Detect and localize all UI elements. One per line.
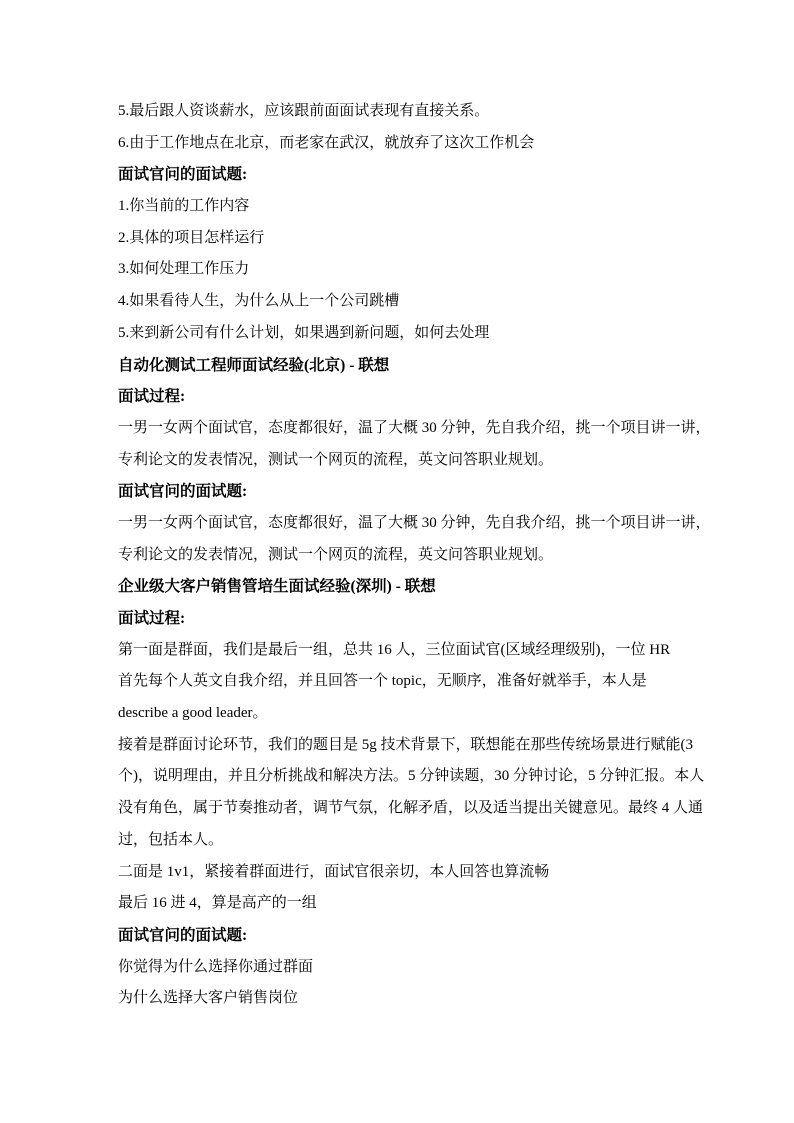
section-heading: 面试过程:	[118, 603, 680, 635]
text-line: 最后 16 进 4，算是高产的一组	[118, 888, 680, 920]
text-line: 5.来到新公司有什么计划，如果遇到新问题，如何去处理	[118, 318, 680, 350]
section-heading: 面试过程:	[118, 381, 680, 413]
section-heading: 自动化测试工程师面试经验(北京) - 联想	[118, 350, 680, 382]
text-line: 6.由于工作地点在北京，而老家在武汉，就放弃了这次工作机会	[118, 128, 680, 160]
text-line: 首先每个人英文自我介绍，并且回答一个 topic，无顺序，准备好就举手，本人是	[118, 666, 680, 698]
text-line: 3.如何处理工作压力	[118, 254, 680, 286]
text-line: 2.具体的项目怎样运行	[118, 223, 680, 255]
text-line: 为什么选择大客户销售岗位	[118, 983, 680, 1015]
text-line: 个)，说明理由，并且分析挑战和解决方法。5 分钟读题，30 分钟讨论，5 分钟汇…	[118, 761, 680, 793]
text-line: 第一面是群面，我们是最后一组，总共 16 人，三位面试官(区域经理级别)，一位 …	[118, 635, 680, 667]
section-heading: 面试官问的面试题:	[118, 159, 680, 191]
text-line: 二面是 1v1，紧接着群面进行，面试官很亲切，本人回答也算流畅	[118, 857, 680, 889]
section-heading: 企业级大客户销售管培生面试经验(深圳) - 联想	[118, 571, 680, 603]
document-content: 5.最后跟人资谈薪水，应该跟前面面试表现有直接关系。6.由于工作地点在北京，而老…	[118, 96, 680, 1015]
text-line: 一男一女两个面试官，态度都很好，温了大概 30 分钟，先自我介绍，挑一个项目讲一…	[118, 413, 680, 445]
text-line: 4.如果看待人生，为什么从上一个公司跳槽	[118, 286, 680, 318]
text-line: describe a good leader。	[118, 698, 680, 730]
text-line: 你觉得为什么选择你通过群面	[118, 952, 680, 984]
section-heading: 面试官问的面试题:	[118, 920, 680, 952]
text-line: 专利论文的发表情况，测试一个网页的流程，英文问答职业规划。	[118, 540, 680, 572]
document-page: 5.最后跟人资谈薪水，应该跟前面面试表现有直接关系。6.由于工作地点在北京，而老…	[0, 0, 794, 1123]
text-line: 一男一女两个面试官，态度都很好，温了大概 30 分钟，先自我介绍，挑一个项目讲一…	[118, 508, 680, 540]
text-line: 5.最后跟人资谈薪水，应该跟前面面试表现有直接关系。	[118, 96, 680, 128]
text-line: 过，包括本人。	[118, 825, 680, 857]
text-line: 没有角色，属于节奏推动者，调节气氛，化解矛盾，以及适当提出关键意见。最终 4 人…	[118, 793, 680, 825]
text-line: 1.你当前的工作内容	[118, 191, 680, 223]
section-heading: 面试官问的面试题:	[118, 476, 680, 508]
text-line: 专利论文的发表情况，测试一个网页的流程，英文问答职业规划。	[118, 445, 680, 477]
text-line: 接着是群面讨论环节，我们的题目是 5g 技术背景下，联想能在那些传统场景进行赋能…	[118, 730, 680, 762]
